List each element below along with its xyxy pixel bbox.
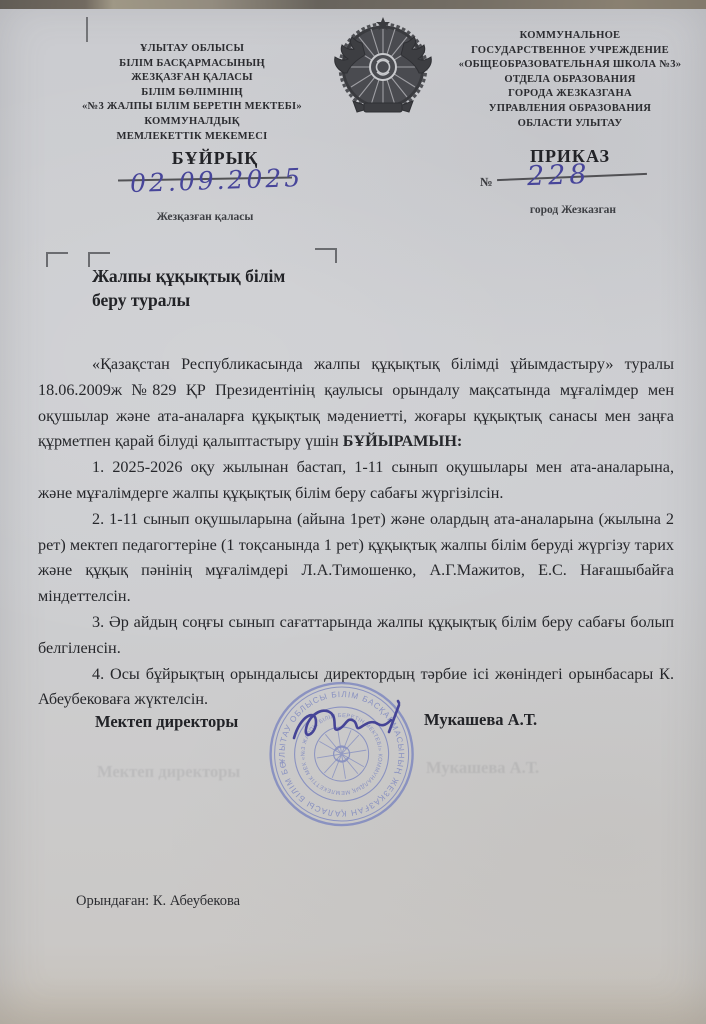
- number-sign: №: [480, 175, 493, 190]
- intro-paragraph: «Қазақстан Республикасында жалпы құқықты…: [38, 352, 674, 455]
- org-line: «№3 ЖАЛПЫ БІЛІМ БЕРЕТІН МЕКТЕБІ»: [58, 100, 326, 115]
- org-line: БІЛІМ БАСҚАРМАСЫНЫҢ: [58, 57, 326, 72]
- bleedthrough-text: Мукашева А.Т.: [426, 758, 539, 778]
- order-word: БҰЙЫРАМЫН:: [343, 432, 463, 450]
- corner-mark: [46, 252, 68, 267]
- order-item: 2. 1-11 сынып оқушыларына (айына 1рет) ж…: [38, 507, 674, 610]
- subject-line: Жалпы құқықтық білім: [92, 264, 285, 288]
- org-line: БІЛІМ БӨЛІМІНІҢ: [58, 86, 326, 101]
- order-item: 1. 2025-2026 оқу жылынан бастап, 1-11 сы…: [38, 455, 674, 507]
- org-line: ЖЕЗҚАЗҒАН ҚАЛАСЫ: [58, 71, 326, 86]
- letterhead-russian: КОММУНАЛЬНОЕ ГОСУДАРСТВЕННОЕ УЧРЕЖДЕНИЕ …: [436, 29, 704, 131]
- executor-line: Орындаған: К. Абеубекова: [76, 893, 240, 910]
- director-label: Мектеп директоры: [95, 712, 238, 732]
- place-russian: город Жезказган: [497, 204, 649, 216]
- scan-mark: [86, 17, 88, 42]
- letterhead-kazakh: ҰЛЫТАУ ОБЛЫСЫ БІЛІМ БАСҚАРМАСЫНЫҢ ЖЕЗҚАЗ…: [58, 42, 326, 144]
- org-line: ГОСУДАРСТВЕННОЕ УЧРЕЖДЕНИЕ: [436, 44, 704, 59]
- scan-bottom-shade: [0, 978, 706, 1024]
- subject-line: беру туралы: [92, 288, 285, 312]
- handwritten-number: 228: [526, 159, 591, 192]
- org-line: ГОРОДА ЖЕЗКАЗГАНА: [436, 87, 704, 102]
- order-subject: Жалпы құқықтық білім беру туралы: [92, 264, 285, 312]
- org-line: МЕМЛЕКЕТТІК МЕКЕМЕСІ: [58, 130, 326, 145]
- corner-mark: [315, 248, 337, 263]
- order-body: «Қазақстан Республикасында жалпы құқықты…: [38, 352, 674, 713]
- org-line: КОММУНАЛЬНОЕ: [436, 29, 704, 44]
- org-line: КОММУНАЛДЫҚ: [58, 115, 326, 130]
- scanned-order-document: ҰЛЫТАУ ОБЛЫСЫ БІЛІМ БАСҚАРМАСЫНЫҢ ЖЕЗҚАЗ…: [0, 0, 706, 1024]
- org-line: УПРАВЛЕНИЯ ОБРАЗОВАНИЯ: [436, 102, 704, 117]
- kazakhstan-emblem-icon: [331, 15, 435, 126]
- director-signature: [288, 698, 406, 758]
- scan-edge-strip: [0, 0, 706, 9]
- order-item: 3. Әр айдың соңғы сынып сағаттарында жал…: [38, 610, 674, 662]
- place-kazakh: Жезқазған қаласы: [118, 211, 292, 223]
- org-line: «ОБЩЕОБРАЗОВАТЕЛЬНАЯ ШКОЛА №3»: [436, 58, 704, 73]
- org-line: ОТДЕЛА ОБРАЗОВАНИЯ: [436, 73, 704, 88]
- handwritten-date: 02.09.2025: [130, 163, 304, 198]
- bleedthrough-text: Мектеп директоры: [97, 762, 240, 782]
- org-line: ОБЛАСТИ УЛЫТАУ: [436, 117, 704, 132]
- org-line: ҰЛЫТАУ ОБЛЫСЫ: [58, 42, 326, 57]
- director-name: Мукашева А.Т.: [424, 710, 537, 730]
